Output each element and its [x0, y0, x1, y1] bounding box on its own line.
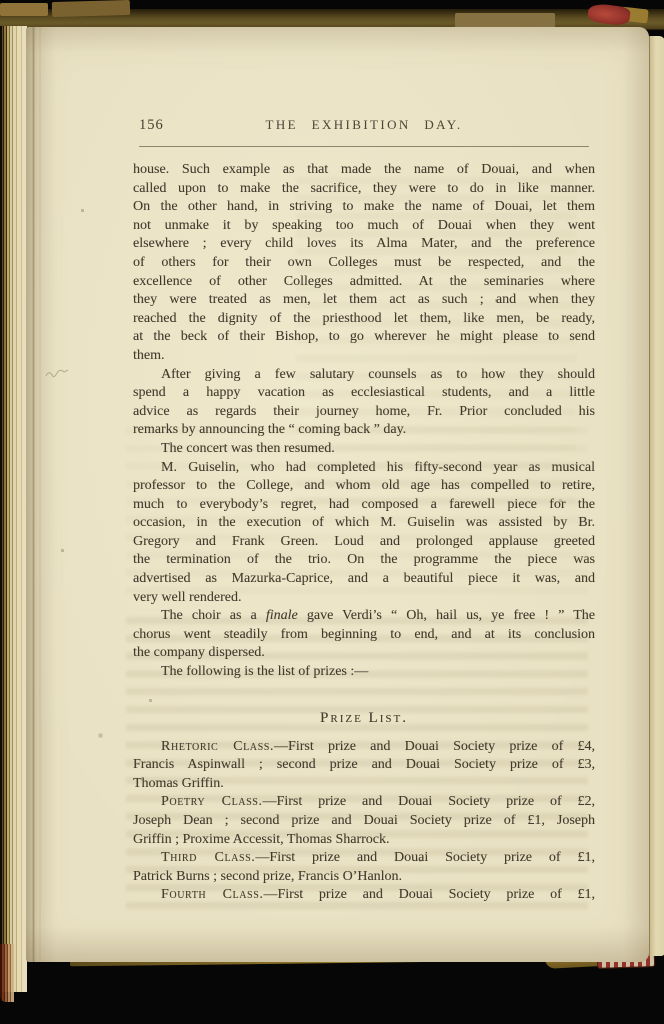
text-segment: Thomas Griffin.: [133, 776, 224, 791]
text-line: Gregory and Frank Green. Loud and prolon…: [133, 533, 595, 552]
smallcaps-text: Fourth Class.: [161, 887, 263, 902]
pencil-mark: [44, 367, 70, 381]
smallcaps-text: Poetry Class.: [161, 794, 263, 809]
text-segment: the company dispersed.: [133, 645, 265, 660]
text-line: advice as regards their journey home, Fr…: [133, 403, 595, 422]
text-line: very well rendered.: [133, 589, 595, 608]
text-segment: After giving a few salutary counsels as …: [161, 367, 595, 382]
text-line: Fourth Class.—First prize and Douai Soci…: [133, 886, 595, 905]
running-title: THE EXHIBITION DAY.: [133, 117, 595, 133]
text-segment: called upon to make the sacrifice, they …: [133, 181, 595, 196]
text-line: excellence of other Colleges admitted. A…: [133, 273, 595, 292]
text-line: remarks by announcing the “ coming back …: [133, 421, 595, 440]
text-line: them.: [133, 347, 595, 366]
cover-leather-patch: [0, 3, 48, 16]
paper-speckles: [26, 27, 27, 28]
text-line: occasion, in the execution of which M. G…: [133, 514, 595, 533]
book-scan: 156 THE EXHIBITION DAY. house. Such exam…: [0, 0, 664, 1024]
text-line: much to everybody’s regret, had composed…: [133, 496, 595, 515]
text-segment: On the other hand, in striving to make t…: [133, 199, 595, 214]
prize-list-text: Rhetoric Class.—First prize and Douai So…: [133, 738, 595, 905]
text-line: spend a happy vacation as ecclesiastical…: [133, 384, 595, 403]
text-segment: M. Guiselin, who had completed his fifty…: [161, 460, 595, 475]
text-segment: The following is the list of prizes :—: [161, 664, 368, 679]
text-segment: much to everybody’s regret, had composed…: [133, 497, 595, 512]
text-segment: the termination of the trio. On the prog…: [133, 552, 595, 567]
text-segment: The concert was then resumed.: [161, 441, 335, 456]
text-line: reached the dignity of the priesthood le…: [133, 310, 595, 329]
text-line: called upon to make the sacrifice, they …: [133, 180, 595, 199]
text-line: Francis Aspinwall ; second prize and Dou…: [133, 756, 595, 775]
text-line: Poetry Class.—First prize and Douai Soci…: [133, 793, 595, 812]
text-segment: occasion, in the execution of which M. G…: [133, 515, 595, 530]
text-segment: of others for their own Colleges must be…: [133, 255, 595, 270]
text-segment: Patrick Burns ; second prize, Francis O’…: [133, 869, 402, 884]
text-line: On the other hand, in striving to make t…: [133, 198, 595, 217]
page-header: 156 THE EXHIBITION DAY.: [133, 117, 595, 137]
text-line: Rhetoric Class.—First prize and Douai So…: [133, 738, 595, 757]
page-number: 156: [139, 117, 164, 134]
text-line: Griffin ; Proxime Accessit, Thomas Sharr…: [133, 831, 595, 850]
text-segment: very well rendered.: [133, 590, 241, 605]
text-segment: Griffin ; Proxime Accessit, Thomas Sharr…: [133, 832, 390, 847]
text-line: the company dispersed.: [133, 644, 595, 663]
text-segment: excellence of other Colleges admitted. A…: [133, 274, 595, 289]
page-text: 156 THE EXHIBITION DAY. house. Such exam…: [133, 117, 595, 905]
text-line: Patrick Burns ; second prize, Francis O’…: [133, 868, 595, 887]
italic-text: finale: [266, 608, 298, 623]
text-line: The choir as a finale gave Verdi’s “ Oh,…: [133, 607, 595, 626]
text-segment: Joseph Dean ; second prize and Douai Soc…: [133, 813, 595, 828]
text-segment: chorus went steadily from beginning to e…: [133, 627, 595, 642]
text-segment: not unmake it by speaking too much of Do…: [133, 218, 595, 233]
text-line: house. Such example as that made the nam…: [133, 161, 595, 180]
text-segment: reached the dignity of the priesthood le…: [133, 311, 595, 326]
smallcaps-text: Rhetoric Class.: [161, 739, 274, 754]
text-line: Joseph Dean ; second prize and Douai Soc…: [133, 812, 595, 831]
text-segment: gave Verdi’s “ Oh, hail us, ye free ! ” …: [298, 608, 595, 623]
text-segment: house. Such example as that made the nam…: [133, 162, 595, 177]
text-segment: —First prize and Douai Society prize of …: [263, 794, 595, 809]
text-segment: The choir as a: [161, 608, 266, 623]
prize-list-heading: Prize List.: [133, 708, 595, 728]
text-segment: they were treated as men, let them act a…: [133, 292, 595, 307]
text-segment: Gregory and Frank Green. Loud and prolon…: [133, 534, 595, 549]
cover-leather-patch: [52, 0, 130, 17]
text-line: not unmake it by speaking too much of Do…: [133, 217, 595, 236]
page-stack-edges: [0, 26, 27, 992]
cover-leather-patch: [455, 13, 555, 28]
text-segment: —First prize and Douai Society prize of …: [274, 739, 595, 754]
text-line: advertised as Mazurka-Caprice, and a bea…: [133, 570, 595, 589]
text-line: Third Class.—First prize and Douai Socie…: [133, 849, 595, 868]
page-stack-edges-bottom: [0, 944, 27, 1002]
text-line: elsewhere ; every child loves its Alma M…: [133, 235, 595, 254]
text-line: Thomas Griffin.: [133, 775, 595, 794]
text-segment: elsewhere ; every child loves its Alma M…: [133, 236, 595, 251]
text-line: they were treated as men, let them act a…: [133, 291, 595, 310]
text-segment: advice as regards their journey home, Fr…: [133, 404, 595, 419]
text-line: of others for their own Colleges must be…: [133, 254, 595, 273]
text-line: After giving a few salutary counsels as …: [133, 366, 595, 385]
next-page-edge: [649, 36, 664, 956]
text-line: chorus went steadily from beginning to e…: [133, 626, 595, 645]
text-segment: professor to the College, and whom old a…: [133, 478, 595, 493]
header-rule: [139, 146, 589, 147]
text-segment: —First prize and Douai Society prize of …: [255, 850, 595, 865]
smallcaps-text: Third Class.: [161, 850, 255, 865]
text-line: M. Guiselin, who had completed his fifty…: [133, 459, 595, 478]
text-segment: Francis Aspinwall ; second prize and Dou…: [133, 757, 595, 772]
text-line: professor to the College, and whom old a…: [133, 477, 595, 496]
text-line: The following is the list of prizes :—: [133, 663, 595, 682]
text-segment: them.: [133, 348, 165, 363]
book-page: 156 THE EXHIBITION DAY. house. Such exam…: [26, 27, 649, 962]
text-line: The concert was then resumed.: [133, 440, 595, 459]
text-line: at the beck of their Bishop, to go where…: [133, 328, 595, 347]
text-segment: advertised as Mazurka-Caprice, and a bea…: [133, 571, 595, 586]
text-segment: spend a happy vacation as ecclesiastical…: [133, 385, 595, 400]
body-text: house. Such example as that made the nam…: [133, 161, 595, 682]
text-segment: remarks by announcing the “ coming back …: [133, 422, 406, 437]
text-line: the termination of the trio. On the prog…: [133, 551, 595, 570]
text-segment: —First prize and Douai Society prize of …: [263, 887, 595, 902]
text-segment: at the beck of their Bishop, to go where…: [133, 329, 595, 344]
